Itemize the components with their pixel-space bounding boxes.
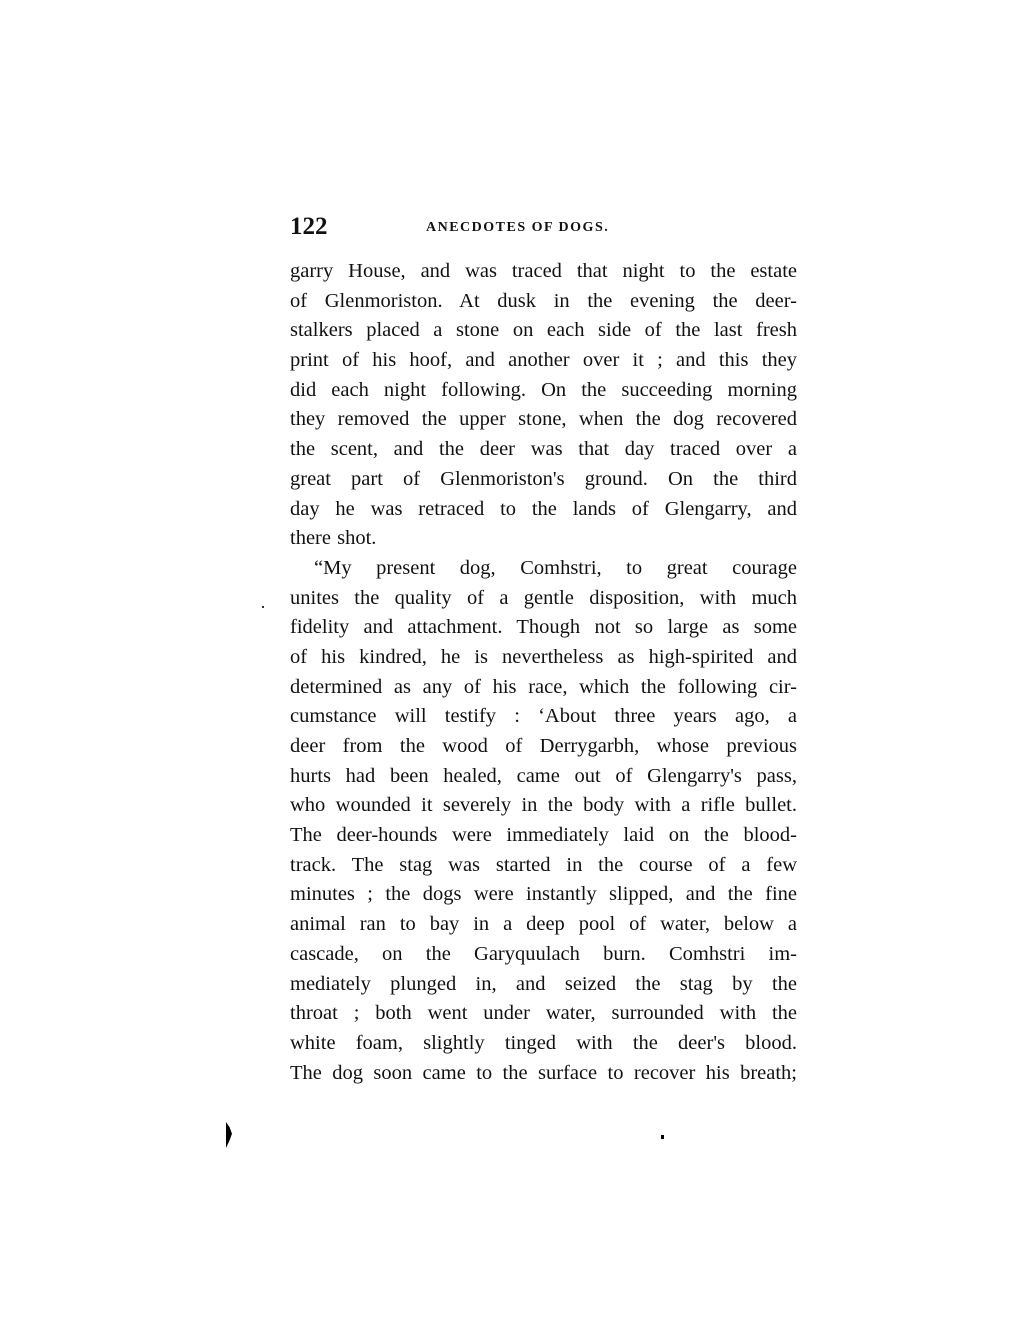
scan-artifact-mark: [226, 1122, 232, 1148]
scan-speck: [661, 1135, 664, 1139]
paragraph-end-line: there shot.: [290, 524, 797, 554]
text-line: minutes ; the dogs were instantly slippe…: [290, 880, 797, 910]
text-line: mediately plunged in, and seized the sta…: [290, 970, 797, 1000]
text-line: of Glenmoriston. At dusk in the evening …: [290, 287, 797, 317]
running-title: ANECDOTES OF DOGS.: [426, 217, 609, 239]
text-line: throat ; both went under water, surround…: [290, 999, 797, 1029]
text-line: The dog soon came to the surface to reco…: [290, 1059, 797, 1089]
text-line: stalkers placed a stone on each side of …: [290, 316, 797, 346]
text-line: unites the quality of a gentle dispositi…: [290, 584, 797, 614]
text-line: cascade, on the Garyquulach burn. Comhst…: [290, 940, 797, 970]
text-line: print of his hoof, and another over it ;…: [290, 346, 797, 376]
running-head: 122 ANECDOTES OF DOGS.: [290, 212, 820, 242]
book-page: 122 ANECDOTES OF DOGS. garry House, and …: [0, 0, 1033, 1339]
body-text: garry House, and was traced that night t…: [290, 257, 797, 1088]
text-line: great part of Glenmoriston's ground. On …: [290, 465, 797, 495]
paragraph-start-line: “My present dog, Comhstri, to great cour…: [290, 554, 797, 584]
text-line: white foam, slightly tinged with the dee…: [290, 1029, 797, 1059]
text-line: determined as any of his race, which the…: [290, 673, 797, 703]
text-line: the scent, and the deer was that day tra…: [290, 435, 797, 465]
text-line: who wounded it severely in the body with…: [290, 791, 797, 821]
text-line: cumstance will testify : ‘About three ye…: [290, 702, 797, 732]
text-line: they removed the upper stone, when the d…: [290, 405, 797, 435]
page-number: 122: [290, 212, 328, 242]
text-line: fidelity and attachment. Though not so l…: [290, 613, 797, 643]
scan-speck: [262, 606, 264, 608]
text-line: deer from the wood of Derrygarbh, whose …: [290, 732, 797, 762]
text-line: animal ran to bay in a deep pool of wate…: [290, 910, 797, 940]
text-line: garry House, and was traced that night t…: [290, 257, 797, 287]
text-line: track. The stag was started in the cours…: [290, 851, 797, 881]
text-line: The deer-hounds were immediately laid on…: [290, 821, 797, 851]
text-line: day he was retraced to the lands of Glen…: [290, 495, 797, 525]
text-line: hurts had been healed, came out of Gleng…: [290, 762, 797, 792]
text-line: of his kindred, he is nevertheless as hi…: [290, 643, 797, 673]
text-line: did each night following. On the succeed…: [290, 376, 797, 406]
